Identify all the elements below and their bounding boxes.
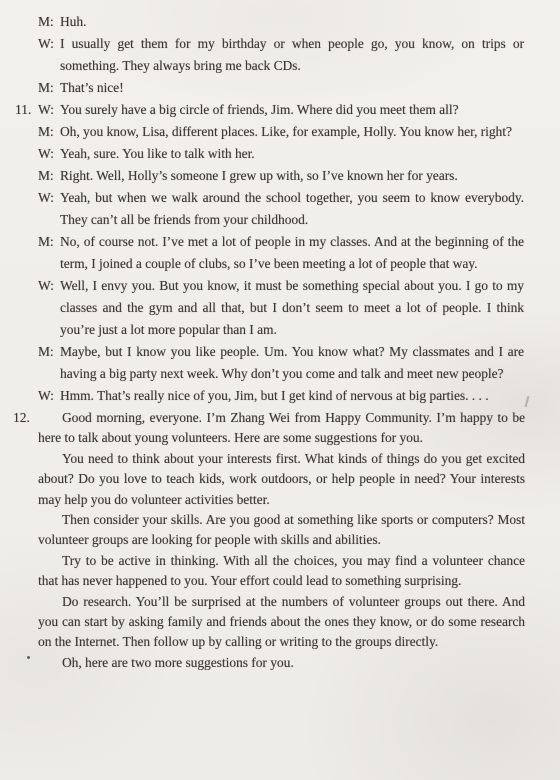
dialogue-turn: M: Maybe, but I know you like people. Um… — [60, 341, 524, 385]
item-number-12: 12. — [13, 408, 30, 428]
dialogue-turn: M: Right. Well, Holly’s someone I grew u… — [60, 165, 524, 187]
turn-text: Hmm. That’s really nice of you, Jim, but… — [60, 388, 489, 403]
speaker-label: W: — [38, 187, 54, 209]
speaker-label: M: — [38, 11, 54, 33]
speaker-label: M: — [38, 121, 54, 143]
scanned-transcript-page: M: Huh. W: I usually get them for my bir… — [0, 0, 560, 780]
speaker-label: M: — [38, 341, 54, 363]
speaker-label: M: — [38, 165, 54, 187]
monologue-paragraph: Oh, here are two more suggestions for yo… — [38, 653, 525, 673]
monologue-section: 12. Good morning, everyone. I’m Zhang We… — [38, 408, 525, 673]
item-number-11: 11. — [15, 99, 31, 121]
dialogue-turn: M: That’s nice! — [60, 77, 524, 99]
turn-text: Right. Well, Holly’s someone I grew up w… — [60, 168, 458, 183]
dialogue-turn: W: Hmm. That’s really nice of you, Jim, … — [60, 385, 524, 407]
turn-text: That’s nice! — [60, 80, 124, 95]
dialogue-turn: W: Yeah, sure. You like to talk with her… — [60, 143, 524, 165]
turn-text: I usually get them for my birthday or wh… — [60, 36, 524, 73]
speaker-label: W: — [38, 275, 54, 297]
turn-text: You surely have a big circle of friends,… — [60, 102, 459, 117]
scan-artifact-dot — [27, 656, 30, 659]
dialogue-turn: M: No, of course not. I’ve met a lot of … — [60, 231, 524, 275]
speaker-label: W: — [38, 99, 54, 121]
monologue-paragraph: Try to be active in thinking. With all t… — [38, 551, 525, 592]
turn-text: Maybe, but I know you like people. Um. Y… — [60, 344, 524, 381]
turn-text: Yeah, sure. You like to talk with her. — [60, 146, 255, 161]
dialogue-turn: M: Huh. — [60, 11, 524, 33]
speaker-label: M: — [38, 231, 54, 253]
turn-text: Well, I envy you. But you know, it must … — [60, 278, 524, 337]
monologue-paragraph: Good morning, everyone. I’m Zhang Wei fr… — [38, 408, 525, 449]
turn-text: Yeah, but when we walk around the school… — [60, 190, 524, 227]
dialogue-turn: W: Well, I envy you. But you know, it mu… — [60, 275, 524, 341]
speaker-label: W: — [38, 385, 54, 407]
dialogue-turn: W: I usually get them for my birthday or… — [60, 33, 524, 77]
monologue-paragraph: Do research. You’ll be surprised at the … — [38, 592, 525, 653]
speaker-label: M: — [38, 77, 54, 99]
speaker-label: W: — [38, 33, 54, 55]
monologue-paragraph: You need to think about your interests f… — [38, 449, 525, 510]
turn-text: No, of course not. I’ve met a lot of peo… — [60, 234, 524, 271]
turn-text: Oh, you know, Lisa, different places. Li… — [60, 124, 512, 139]
dialogue-turn: M: Oh, you know, Lisa, different places.… — [60, 121, 524, 143]
turn-text: Huh. — [60, 14, 86, 29]
monologue-paragraph: Then consider your skills. Are you good … — [38, 510, 525, 551]
dialogue-section: M: Huh. W: I usually get them for my bir… — [0, 11, 560, 407]
dialogue-turn: 11. W: You surely have a big circle of f… — [60, 99, 524, 121]
speaker-label: W: — [38, 143, 54, 165]
dialogue-turn: W: Yeah, but when we walk around the sch… — [60, 187, 524, 231]
